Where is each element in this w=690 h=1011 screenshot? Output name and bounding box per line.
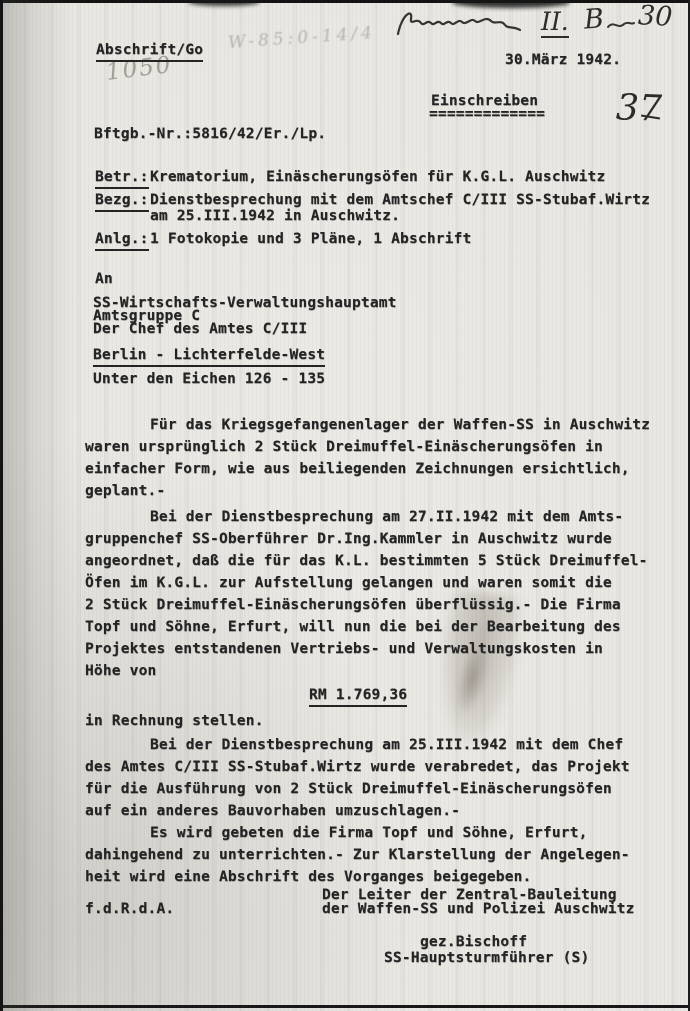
enclosures-text: 1 Fotokopie und 3 Pläne, 1 Abschrift: [150, 231, 471, 248]
body-line: geplant.-: [85, 483, 165, 500]
body-line: waren ursprünglich 2 Stück Dreimuffel-Ei…: [85, 439, 603, 456]
subject-label: Betr.:: [95, 169, 149, 189]
body-line: Höhe von: [85, 663, 156, 680]
recipient-chief: Der Chef des Amtes C/III: [93, 321, 307, 338]
recipient-city: Berlin - Lichterfelde-West: [93, 347, 325, 367]
body-line: Bei der Dienstbesprechung am 25.III.1942…: [150, 737, 623, 754]
body-line: dahingehend zu unterrichten.- Zur Klarst…: [85, 847, 630, 864]
recipient-street: Unter den Eichen 126 - 135: [93, 371, 325, 388]
body-line: Öfen im K.G.L. zur Aufstellung gelangen …: [85, 575, 612, 592]
amount: RM 1.769,36: [309, 687, 407, 707]
file-mark-number: 30: [637, 0, 673, 33]
regarding-label: Bezg.:: [95, 192, 149, 212]
body-line: Projektes entstandenen Vertriebs- und Ve…: [85, 641, 603, 658]
scanned-letter-page: II. B 30 37 1050 W-85:0-14/4 Abschrift/G…: [0, 0, 690, 1011]
enclosures-label: Anlg.:: [95, 231, 149, 251]
body-line: des Amtes C/III SS-Stubaf.Wirtz wurde ve…: [85, 759, 630, 776]
certification-mark: f.d.R.d.A.: [85, 901, 174, 918]
scan-edge-top: [0, 0, 690, 3]
body-line: Bei der Dienstbesprechung am 27.II.1942 …: [150, 509, 623, 526]
ink-smudge: [188, 0, 260, 6]
sender-title-line2: der Waffen-SS und Polizei Auschwitz: [322, 901, 635, 918]
body-line: in Rechnung stellen.: [85, 713, 264, 730]
reference-number: Bftgb.-Nr.:5816/42/Er./Lp.: [94, 126, 326, 143]
handwritten-scribble: [394, 4, 526, 44]
body-line: gruppenchef SS-Oberführer Dr.Ing.Kammler…: [85, 531, 612, 548]
subject-text: Krematorium, Einäscherungsöfen für K.G.L…: [150, 169, 605, 186]
body-line: angeordnet, daß die für das K.L. bestimm…: [85, 553, 648, 570]
body-line: Es wird gebeten die Firma Topf und Söhne…: [150, 825, 588, 842]
body-line: heit wird eine Abschrift des Vorganges b…: [85, 869, 532, 886]
body-line: Topf und Söhne, Erfurt, will nun die bei…: [85, 619, 621, 636]
body-line: 2 Stück Dreimuffel-Einäscherungsöfen übe…: [85, 597, 621, 614]
recipient-salutation: An: [95, 271, 113, 288]
body-line: für die Ausführung von 2 Stück Dreimuffe…: [85, 781, 612, 798]
signature: gez.Bischoff: [420, 934, 527, 951]
body-line: einfacher Form, wie aus beiliegenden Zei…: [85, 461, 630, 478]
body-line: Für das Kriegsgefangenenlager der Waffen…: [150, 417, 650, 434]
scan-shadow-left: [3, 0, 75, 1011]
signer-rank: SS-Hauptsturmführer (S): [384, 950, 589, 967]
bleed-through-mark: W-85:0-14/4: [227, 23, 376, 53]
body-line: auf ein anderes Bauvorhaben umzuschlagen…: [85, 803, 460, 820]
copy-label: Abschrift/Go: [96, 42, 203, 62]
file-mark-letter: B: [583, 3, 605, 35]
registered-mail-underline: =============: [429, 106, 545, 123]
date: 30.März 1942.: [505, 52, 621, 69]
file-mark-numeral: II.: [541, 7, 569, 38]
page-number-handwritten: 37: [615, 87, 662, 130]
regarding-text-line2: am 25.III.1942 in Auschwitz.: [150, 208, 400, 225]
scan-edge-left: [0, 0, 3, 1011]
scan-edge-bottom: [0, 1005, 690, 1008]
regarding-text: Dienstbesprechung mit dem Amtschef C/III…: [150, 192, 650, 209]
handwritten-flourish: [606, 18, 636, 32]
